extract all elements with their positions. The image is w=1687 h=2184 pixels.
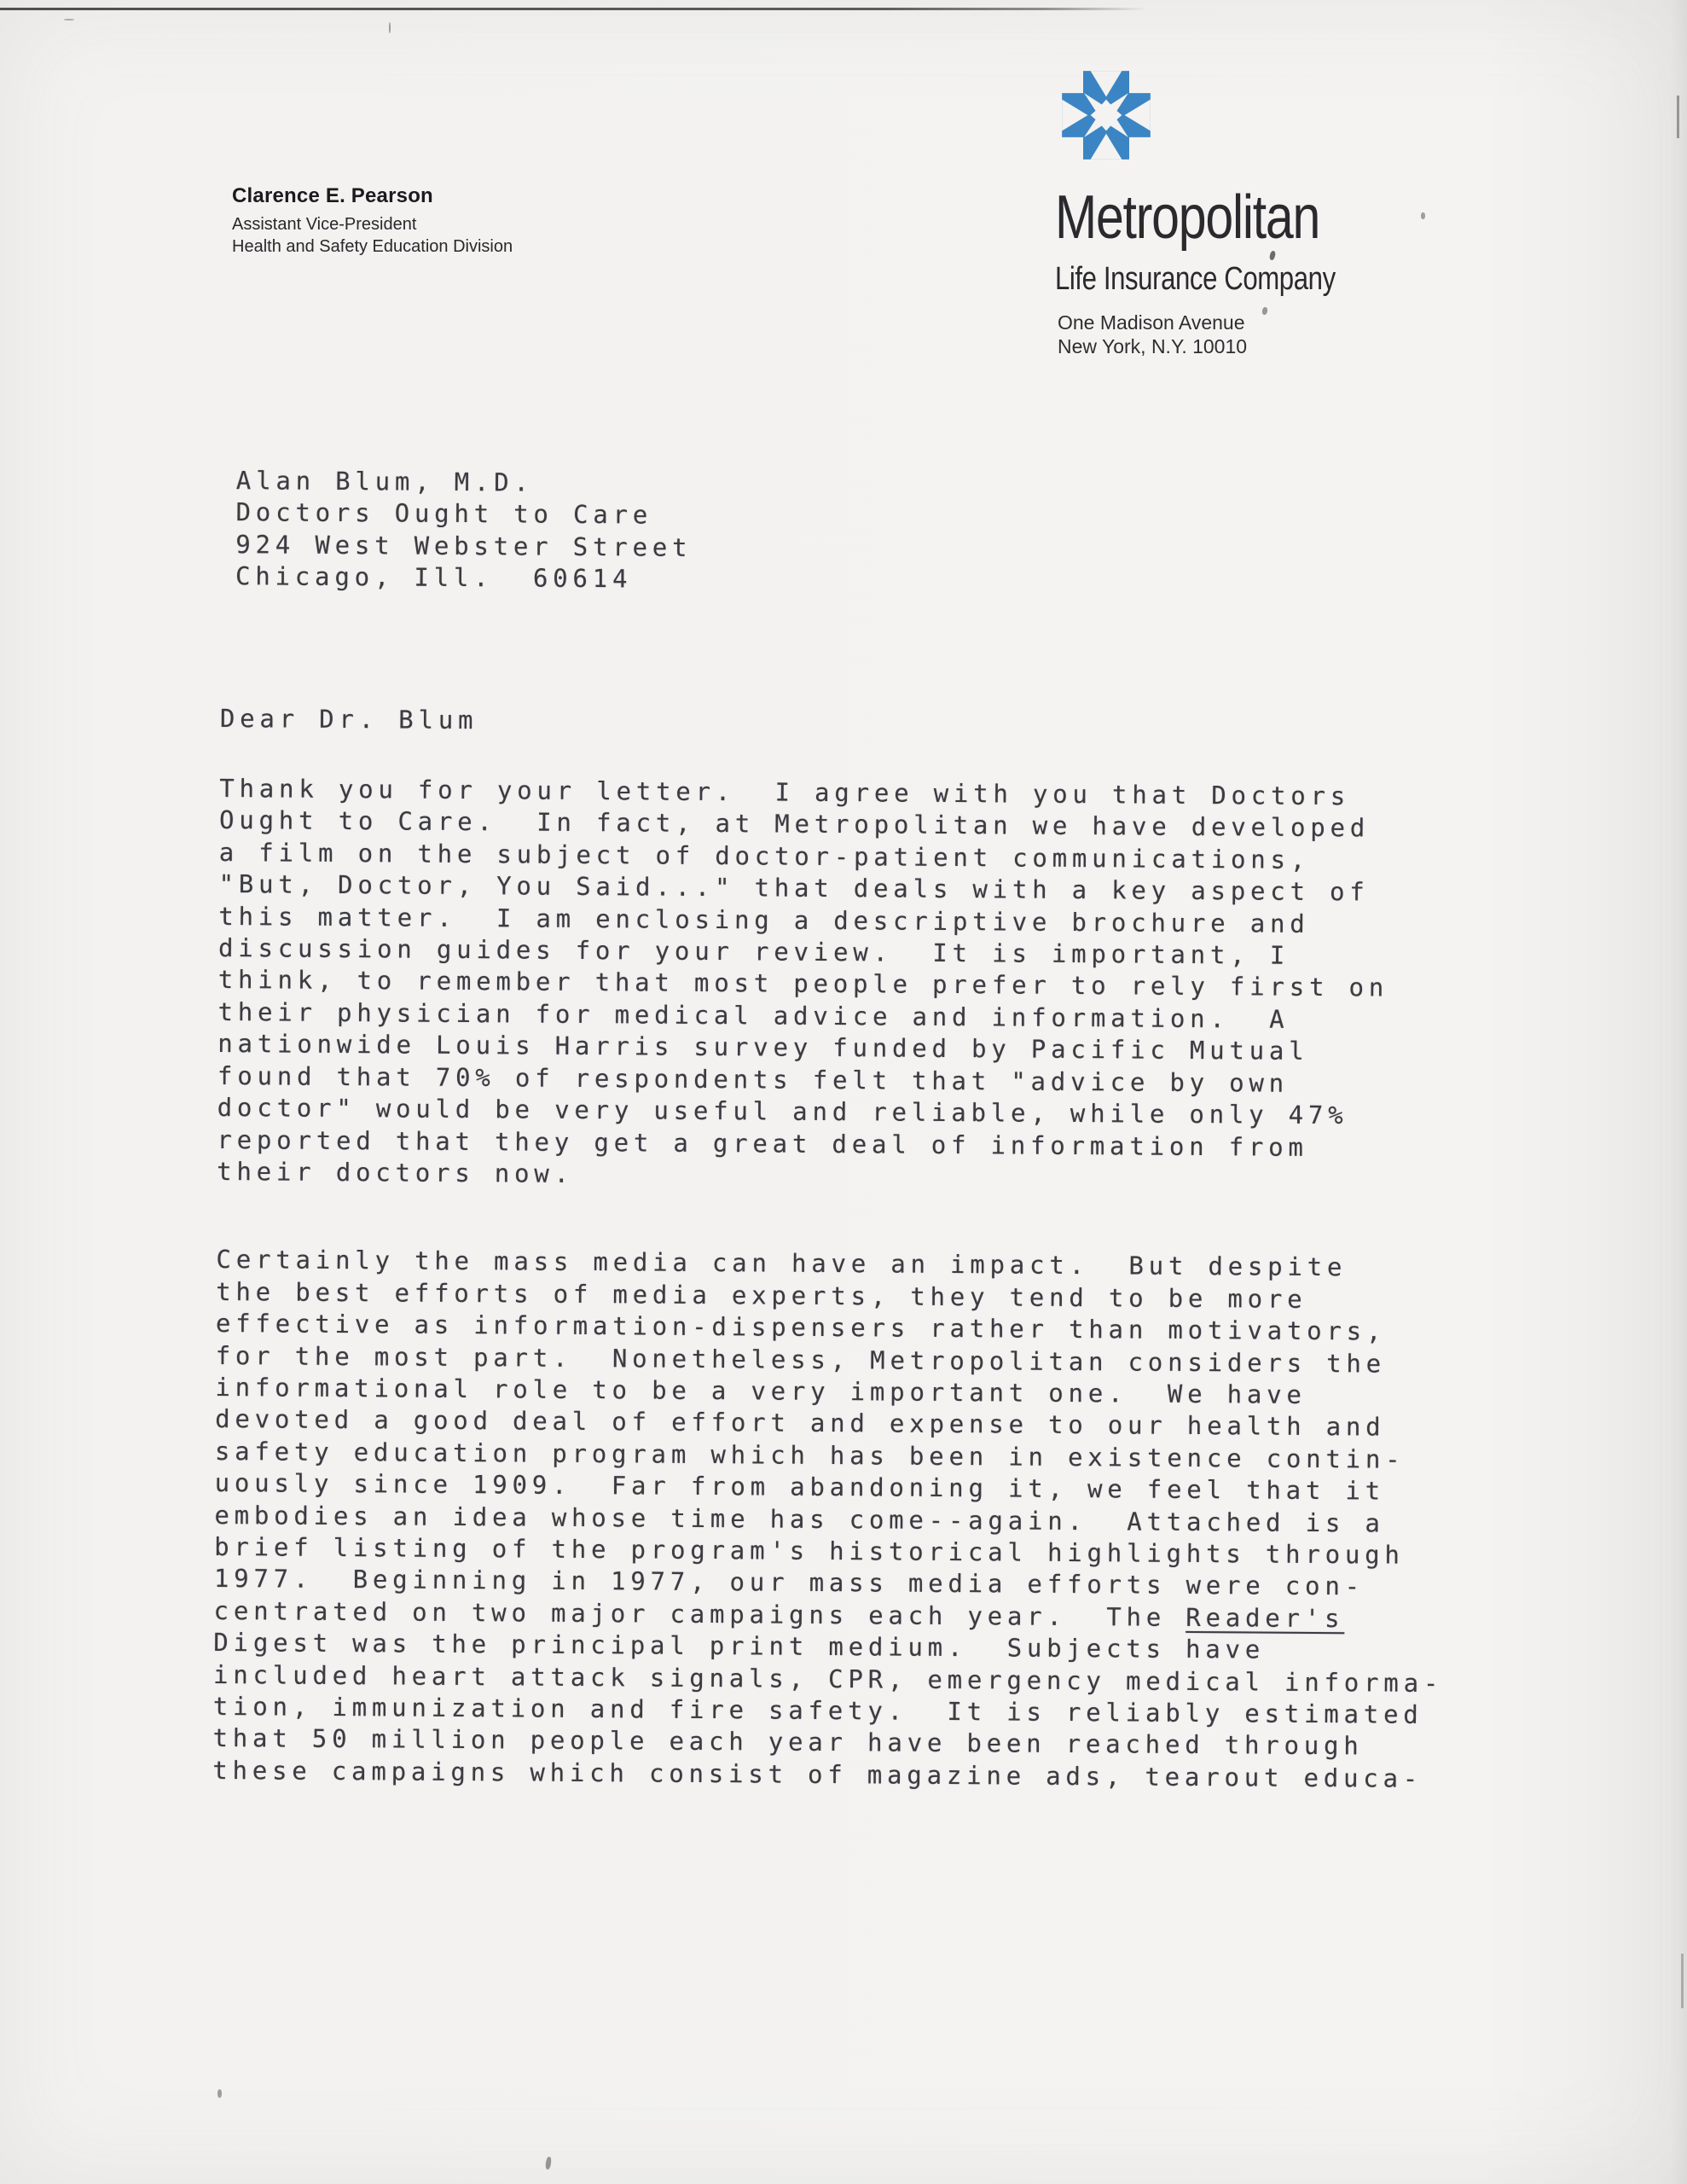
scanned-letter-page: Clarence E. Pearson Assistant Vice-Presi… [0,0,1687,2184]
scan-speck [1677,96,1679,138]
paragraph-2-text-before: Certainly the mass media can have an imp… [214,1245,1406,1631]
body-paragraph-2: Certainly the mass media can have an imp… [212,1244,1495,1795]
salutation: Dear Dr. Blum [220,703,1499,744]
company-subtitle: Life Insurance Company [1055,261,1336,298]
scan-speck [1261,307,1267,316]
scan-speck [389,22,391,33]
scan-speck [64,19,74,20]
sender-division: Health and Safety Education Division [232,235,513,258]
sender-name: Clarence E. Pearson [232,184,513,208]
typed-letter-body: Alan Blum, M.D. Doctors Ought to Care 92… [212,465,1501,1796]
body-paragraph-1: Thank you for your letter. I agree with … [217,773,1499,1197]
scan-speck [545,2157,552,2170]
scan-speck [217,2089,222,2098]
company-address: One Madison Avenue New York, N.Y. 10010 [1058,311,1247,358]
sender-title: Assistant Vice-President [232,213,513,235]
underlined-publication-name: Reader's [1186,1603,1344,1633]
sender-block: Clarence E. Pearson Assistant Vice-Presi… [232,184,513,258]
recipient-address-block: Alan Blum, M.D. Doctors Ought to Care 92… [235,465,1501,601]
company-wordmark: Metropolitan [1055,183,1319,253]
metropolitan-logo-icon [1060,68,1152,162]
scan-speck [1421,212,1425,219]
scan-speck [1681,1954,1684,2008]
scan-edge-artifact [0,8,1687,10]
